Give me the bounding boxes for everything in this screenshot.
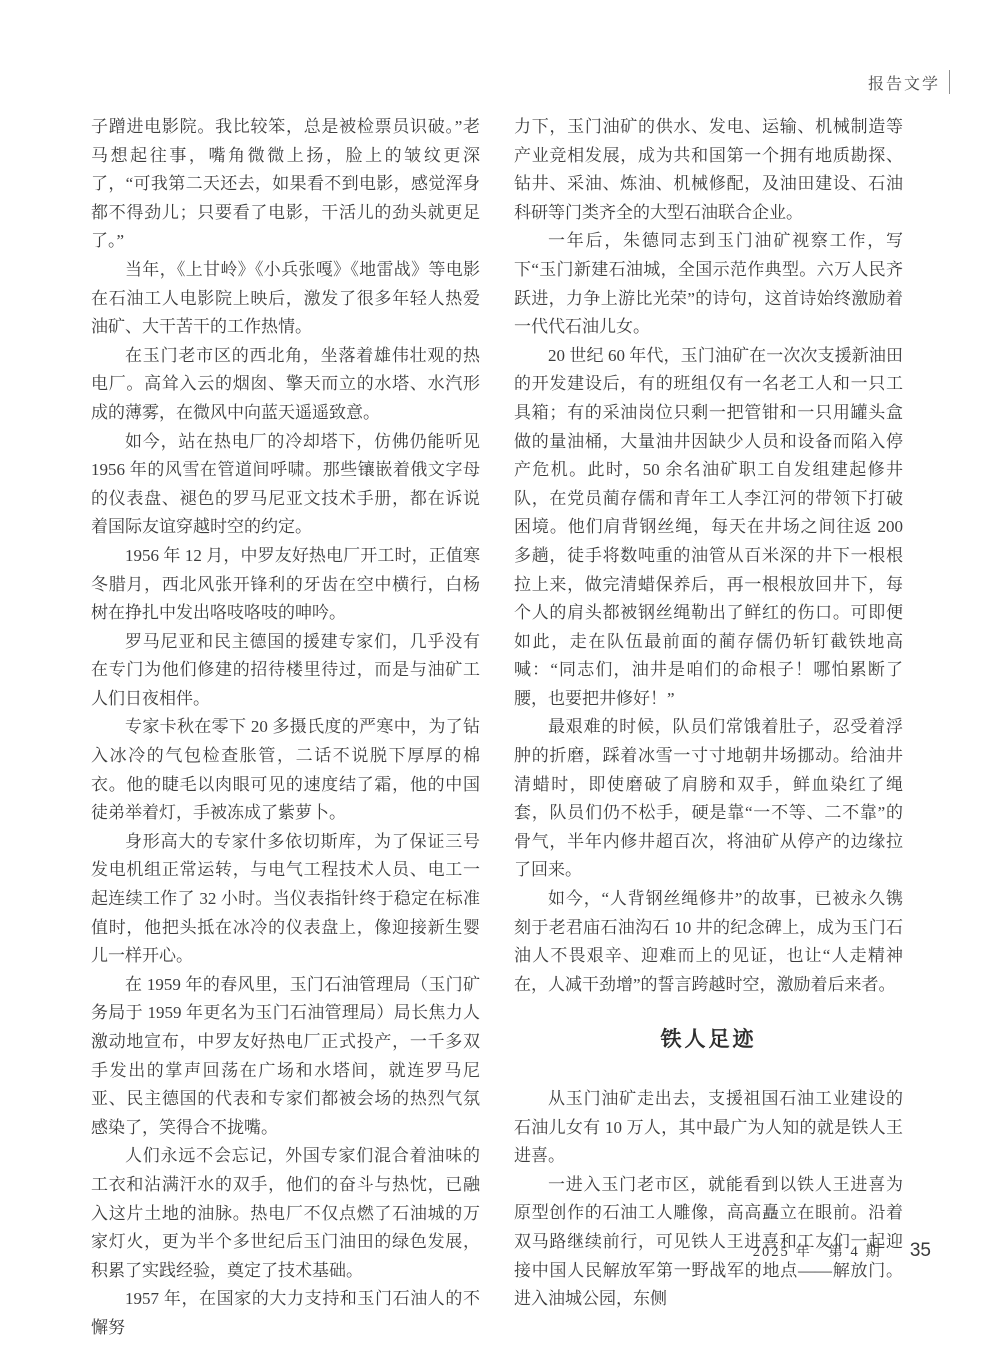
paragraph: 最艰难的时候，队员们常饿着肚子，忍受着浮肿的折磨，踩着冰雪一寸寸地朝井场挪动。给… <box>514 713 903 885</box>
page-footer: 2025 年 第 4 期 35 <box>753 1240 931 1262</box>
paragraph: 身形高大的专家什多依切斯库，为了保证三号发电机组正常运转，与电气工程技术人员、电… <box>91 828 480 971</box>
running-head-divider <box>949 70 950 94</box>
paragraph: 人们永远不会忘记，外国专家们混合着油味的工衣和沾满汗水的双手，他们的奋斗与热忱，… <box>91 1142 480 1285</box>
running-head: 报告文学 <box>868 70 950 94</box>
paragraph: 在玉门老市区的西北角，坐落着雄伟壮观的热电厂。高耸入云的烟囱、擎天而立的水塔、水… <box>91 342 480 428</box>
text-column-left: 子蹭进电影院。我比较笨，总是被检票员识破。”老马想起往事，嘴角微微上扬，脸上的皱… <box>91 113 480 1343</box>
running-head-title: 报告文学 <box>868 71 940 94</box>
paragraph: 专家卡秋在零下 20 多摄氏度的严寒中，为了钻入冰冷的气包检查胀管，二话不说脱下… <box>91 713 480 827</box>
paragraph: 当年，《上甘岭》《小兵张嘎》《地雷战》等电影在石油工人电影院上映后，激发了很多年… <box>91 256 480 342</box>
paragraph: 1956 年 12 月，中罗友好热电厂开工时，正值寒冬腊月，西北风张开锋利的牙齿… <box>91 542 480 628</box>
magazine-page: 报告文学 子蹭进电影院。我比较笨，总是被检票员识破。”老马想起往事，嘴角微微上扬… <box>0 0 992 1346</box>
paragraph: 如今，“人背钢丝绳修井”的故事，已被永久镌刻于老君庙石油沟石 10 井的纪念碑上… <box>514 885 903 999</box>
paragraph: 罗马尼亚和民主德国的援建专家们，几乎没有在专门为他们修建的招待楼里待过，而是与油… <box>91 628 480 714</box>
paragraph: 从玉门油矿走出去，支援祖国石油工业建设的石油儿女有 10 万人，其中最广为人知的… <box>514 1085 903 1171</box>
paragraph: 在 1959 年的春风里，玉门石油管理局（玉门矿务局于 1959 年更名为玉门石… <box>91 971 480 1143</box>
paragraph: 20 世纪 60 年代，玉门油矿在一次次支援新油田的开发建设后，有的班组仅有一名… <box>514 342 903 714</box>
paragraph: 一年后，朱德同志到玉门油矿视察工作，写下“玉门新建石油城，全国示范作典型。六万人… <box>514 227 903 341</box>
paragraph: 如今，站在热电厂的冷却塔下，仿佛仍能听见 1956 年的风雪在管道间呼啸。那些镶… <box>91 428 480 542</box>
paragraph: 子蹭进电影院。我比较笨，总是被检票员识破。”老马想起往事，嘴角微微上扬，脸上的皱… <box>91 113 480 256</box>
footer-issue-label: 2025 年 第 4 期 <box>753 1240 882 1261</box>
text-column-right: 力下，玉门油矿的供水、发电、运输、机械制造等产业竞相发展，成为共和国第一个拥有地… <box>514 113 903 1314</box>
section-heading: 铁人足迹 <box>514 1026 903 1055</box>
paragraph: 1957 年，在国家的大力支持和玉门石油人的不懈努 <box>91 1285 480 1342</box>
paragraph: 力下，玉门油矿的供水、发电、运输、机械制造等产业竞相发展，成为共和国第一个拥有地… <box>514 113 903 227</box>
footer-page-number: 35 <box>910 1240 931 1262</box>
